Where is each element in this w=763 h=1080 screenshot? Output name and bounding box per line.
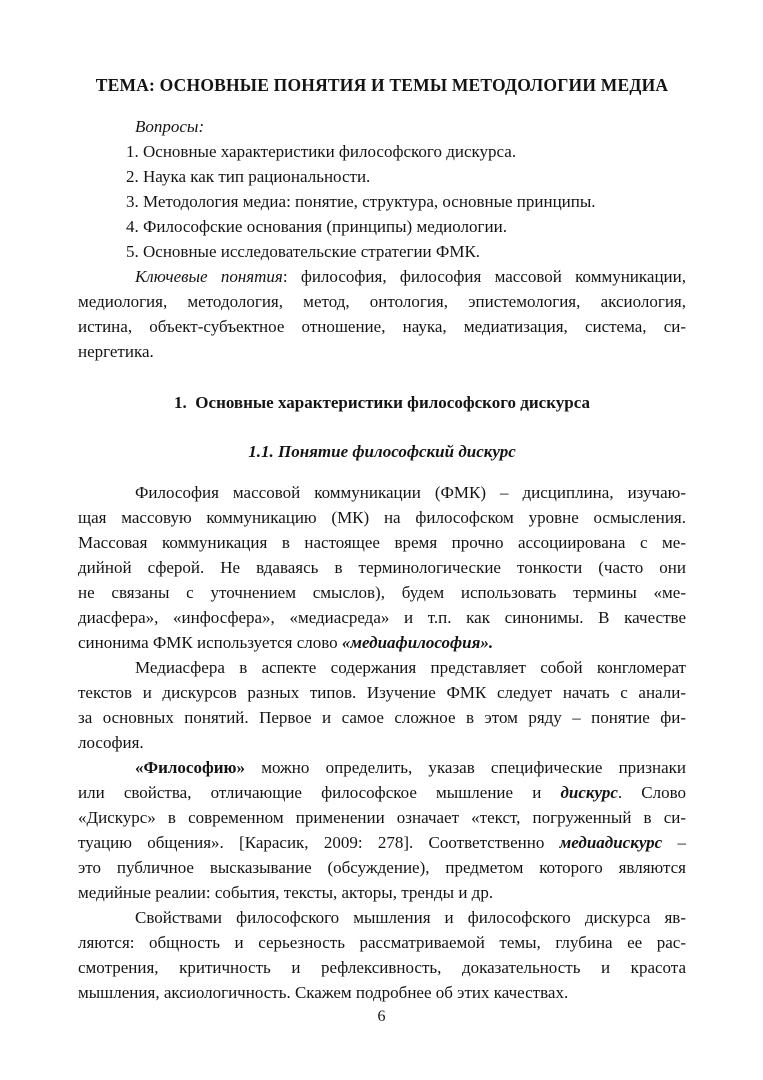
text-line: истина, объект-субъектное отношение, нау… xyxy=(78,314,686,339)
text-line: диасфера», «инфосфера», «медиасреда» и т… xyxy=(78,605,686,630)
text-line: щая массовую коммуникацию (МК) на филосо… xyxy=(78,505,686,530)
text-line: это публичное высказывание (обсуждение),… xyxy=(78,855,686,880)
paragraph-mediasphere: Медиасфера в аспекте содержания представ… xyxy=(78,655,686,755)
paragraph-key-concepts: Ключевые понятия: философия, философия м… xyxy=(78,264,686,364)
paragraph-properties: Свойствами философского мышления и филос… xyxy=(78,905,686,1005)
text-line: лософия. xyxy=(78,730,686,755)
questions-list: Вопросы: 1. Основные характеристики фило… xyxy=(78,114,686,264)
text-line: ляются: общность и серьезность рассматри… xyxy=(78,930,686,955)
page-title: ТЕМА: ОСНОВНЫЕ ПОНЯТИЯ И ТЕМЫ МЕТОДОЛОГИ… xyxy=(78,73,686,97)
text-line: не связаны с уточнением смыслов), будем … xyxy=(78,580,686,605)
section-heading: 1. Основные характеристики философского … xyxy=(78,390,686,415)
document-body: Философия массовой коммуникации (ФМК) – … xyxy=(78,480,686,1005)
text-line: «Дискурс» в современном применении означ… xyxy=(78,805,686,830)
text-line: медиология, методология, метод, онтологи… xyxy=(78,289,686,314)
text-line: мышления, аксиологичность. Скажем подроб… xyxy=(78,980,686,1005)
paragraph-discourse: «Философию» можно определить, указав спе… xyxy=(78,755,686,905)
text-line: за основных понятий. Первое и самое слож… xyxy=(78,705,686,730)
text-line: «Философию» можно определить, указав спе… xyxy=(78,755,686,780)
subsection-heading: 1.1. Понятие философский дискурс xyxy=(78,439,686,464)
questions-label: Вопросы: xyxy=(78,114,686,139)
text-line: или свойства, отличающие философское мыш… xyxy=(78,780,686,805)
text-line: синонима ФМК используется слово «медиафи… xyxy=(78,630,686,655)
list-item: 1. Основные характеристики философского … xyxy=(78,139,686,164)
paragraph-fmk-definition: Философия массовой коммуникации (ФМК) – … xyxy=(78,480,686,655)
text-line: Философия массовой коммуникации (ФМК) – … xyxy=(78,480,686,505)
list-item: 3. Методология медиа: понятие, структура… xyxy=(78,189,686,214)
text-line: текстов и дискурсов разных типов. Изучен… xyxy=(78,680,686,705)
text-line: медийные реалии: события, тексты, акторы… xyxy=(78,880,686,905)
text-line: дийной сферой. Не вдаваясь в терминологи… xyxy=(78,555,686,580)
page-number: 6 xyxy=(0,1006,763,1028)
list-item: 2. Наука как тип рациональности. xyxy=(78,164,686,189)
text-line: смотрения, критичность и рефлексивность,… xyxy=(78,955,686,980)
text-line: нергетика. xyxy=(78,339,686,364)
text-line: Медиасфера в аспекте содержания представ… xyxy=(78,655,686,680)
list-item: 4. Философские основания (принципы) меди… xyxy=(78,214,686,239)
text-line: Свойствами философского мышления и филос… xyxy=(78,905,686,930)
text-line: туацию общения». [Карасик, 2009: 278]. С… xyxy=(78,830,686,855)
text-line: Массовая коммуникация в настоящее время … xyxy=(78,530,686,555)
text-line: Ключевые понятия: философия, философия м… xyxy=(78,264,686,289)
document-page: ТЕМА: ОСНОВНЫЕ ПОНЯТИЯ И ТЕМЫ МЕТОДОЛОГИ… xyxy=(0,0,763,1080)
list-item: 5. Основные исследовательские стратегии … xyxy=(78,239,686,264)
